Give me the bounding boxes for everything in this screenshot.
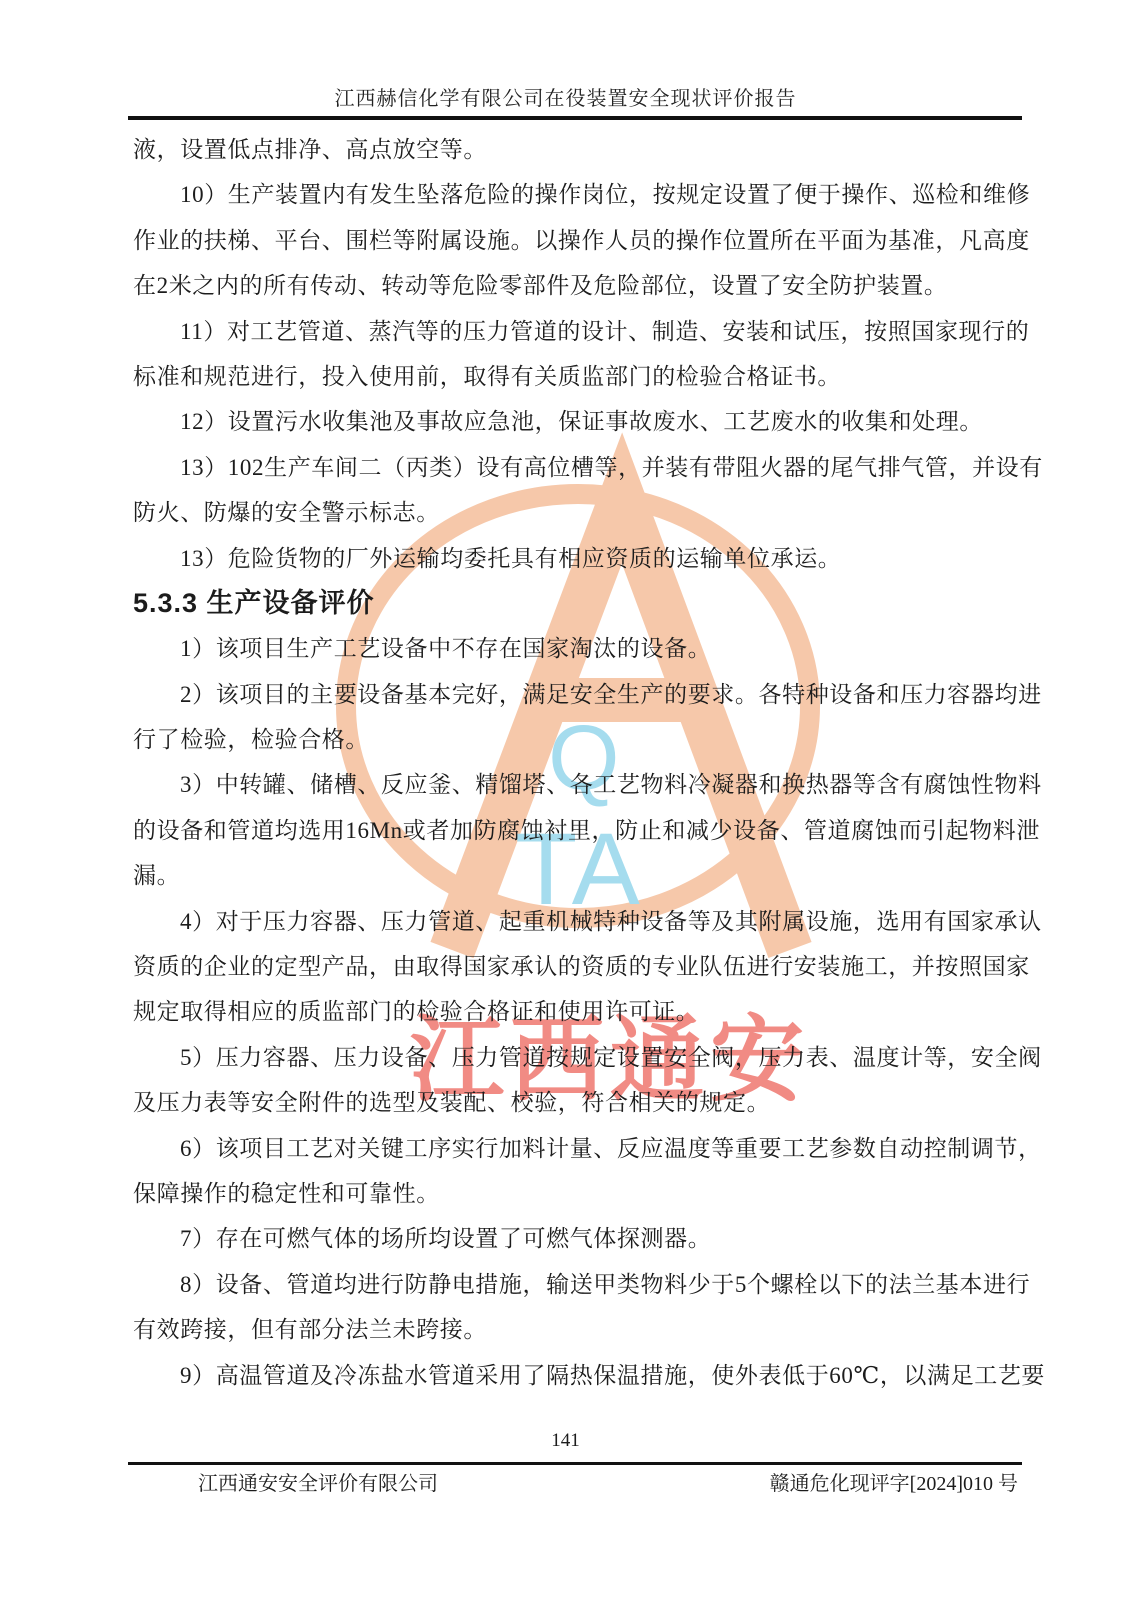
text-line: 的设备和管道均选用16Mn或者加防腐蚀衬里，防止和减少设备、管道腐蚀而引起物料泄 (133, 808, 1007, 853)
footer-doc-number: 赣通危化现评字[2024]010 号 (770, 1470, 1018, 1498)
text-line: 9）高温管道及冷冻盐水管道采用了隔热保温措施，使外表低于60℃，以满足工艺要 (133, 1353, 1007, 1398)
text-line: 及压力表等安全附件的选型及装配、校验，符合相关的规定。 (133, 1080, 1007, 1125)
body-lines: 液，设置低点排净、高点放空等。10）生产装置内有发生坠落危险的操作岗位，按规定设… (133, 127, 1007, 1398)
text-line: 漏。 (133, 853, 1007, 898)
text-line: 4）对于压力容器、压力管道、起重机械特种设备等及其附属设施，选用有国家承认 (133, 899, 1007, 944)
text-line: 作业的扶梯、平台、围栏等附属设施。以操作人员的操作位置所在平面为基准，凡高度 (133, 218, 1007, 263)
text-line: 1）该项目生产工艺设备中不存在国家淘汰的设备。 (133, 626, 1007, 671)
text-line: 7）存在可燃气体的场所均设置了可燃气体探测器。 (133, 1216, 1007, 1261)
text-line: 规定取得相应的质监部门的检验合格证和使用许可证。 (133, 989, 1007, 1034)
section-heading: 5.3.3 生产设备评价 (133, 581, 1007, 626)
report-page: Q TA 江西通安 江西赫信化学有限公司在役装置安全现状评价报告 液，设置低点排… (0, 0, 1131, 1600)
footer-company: 江西通安安全评价有限公司 (198, 1470, 438, 1498)
page-number: 141 (0, 1430, 1131, 1452)
header-rule (128, 116, 1022, 120)
text-line: 3）中转罐、储槽、反应釜、精馏塔、各工艺物料冷凝器和换热器等含有腐蚀性物料 (133, 762, 1007, 807)
text-line: 5）压力容器、压力设备、压力管道按规定设置安全阀，压力表、温度计等，安全阀 (133, 1035, 1007, 1080)
footer-rule (128, 1462, 1022, 1465)
text-line: 保障操作的稳定性和可靠性。 (133, 1171, 1007, 1216)
text-line: 2）该项目的主要设备基本完好，满足安全生产的要求。各特种设备和压力容器均进 (133, 672, 1007, 717)
text-line: 液，设置低点排净、高点放空等。 (133, 127, 1007, 172)
text-line: 资质的企业的定型产品，由取得国家承认的资质的专业队伍进行安装施工，并按照国家 (133, 944, 1007, 989)
text-line: 8）设备、管道均进行防静电措施，输送甲类物料少于5个螺栓以下的法兰基本进行 (133, 1262, 1007, 1307)
header-title: 江西赫信化学有限公司在役装置安全现状评价报告 (0, 82, 1131, 111)
text-line: 10）生产装置内有发生坠落危险的操作岗位，按规定设置了便于操作、巡检和维修 (133, 172, 1007, 217)
footer: 江西通安安全评价有限公司 赣通危化现评字[2024]010 号 (128, 1470, 1022, 1498)
text-line: 防火、防爆的安全警示标志。 (133, 490, 1007, 535)
text-line: 行了检验，检验合格。 (133, 717, 1007, 762)
text-line: 有效跨接，但有部分法兰未跨接。 (133, 1307, 1007, 1352)
text-line: 13）危险货物的厂外运输均委托具有相应资质的运输单位承运。 (133, 536, 1007, 581)
text-line: 在2米之内的所有传动、转动等危险零部件及危险部位，设置了安全防护装置。 (133, 263, 1007, 308)
text-line: 13）102生产车间二（丙类）设有高位槽等，并装有带阻火器的尾气排气管，并设有 (133, 445, 1007, 490)
text-line: 标准和规范进行，投入使用前，取得有关质监部门的检验合格证书。 (133, 354, 1007, 399)
text-line: 6）该项目工艺对关键工序实行加料计量、反应温度等重要工艺参数自动控制调节， (133, 1126, 1007, 1171)
text-line: 11）对工艺管道、蒸汽等的压力管道的设计、制造、安装和试压，按照国家现行的 (133, 309, 1007, 354)
text-line: 12）设置污水收集池及事故应急池，保证事故废水、工艺废水的收集和处理。 (133, 399, 1007, 444)
